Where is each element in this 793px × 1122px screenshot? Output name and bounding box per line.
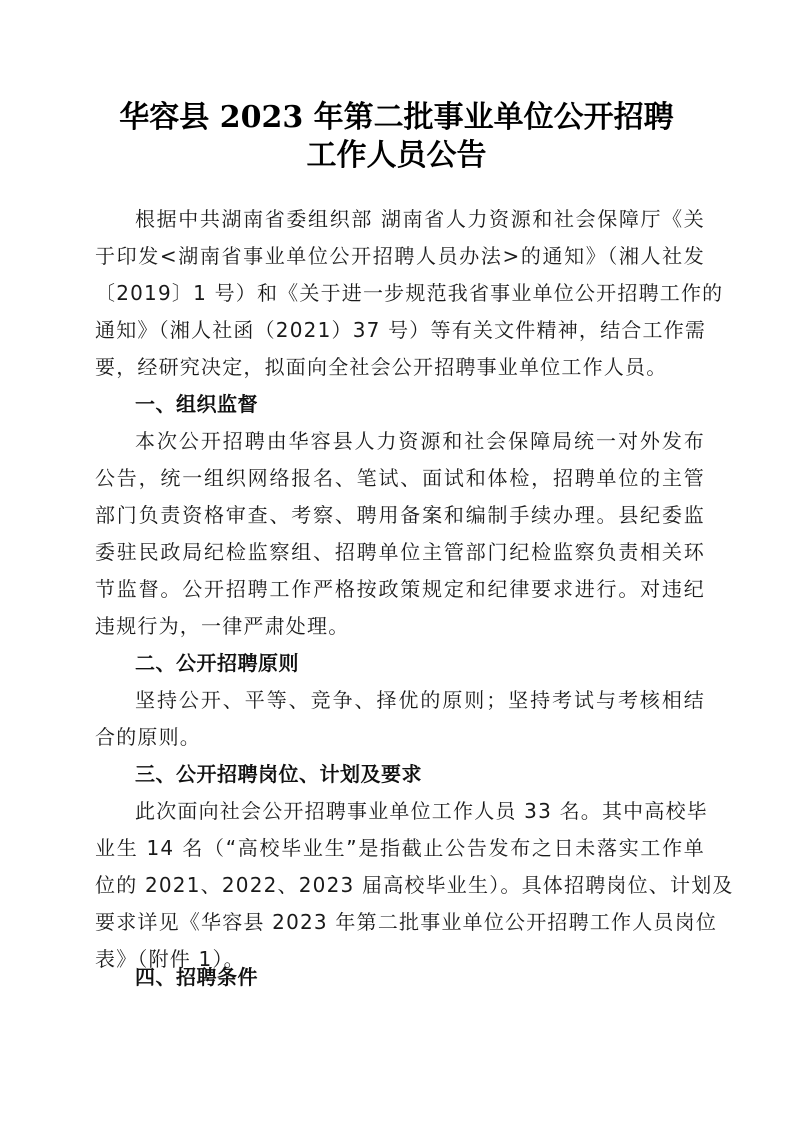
paragraph-line: 位的 2021、2022、2023 届高校毕业生）。具体招聘岗位、计划及	[95, 867, 705, 904]
paragraph-line: 要，经研究决定，拟面向全社会公开招聘事业单位工作人员。	[95, 349, 705, 386]
paragraph-line: 通知》（湘人社函（2021）37 号）等有关文件精神，结合工作需	[95, 312, 705, 349]
section-heading: 三、公开招聘岗位、计划及要求	[95, 756, 705, 793]
section-positions-plan-requirements: 三、公开招聘岗位、计划及要求 此次面向社会公开招聘事业单位工作人员 33 名。其…	[95, 756, 705, 978]
paragraph-line: 公告，统一组织网络报名、笔试、面试和体检，招聘单位的主管	[95, 460, 705, 497]
paragraph-line: 违规行为，一律严肃处理。	[95, 608, 705, 645]
paragraph-line: 委驻民政局纪检监察组、招聘单位主管部门纪检监察负责相关环	[95, 534, 705, 571]
section-heading: 一、组织监督	[95, 386, 705, 423]
paragraph-line: 要求详见《华容县 2023 年第二批事业单位公开招聘工作人员岗位	[95, 904, 705, 941]
paragraph-line: 节监督。公开招聘工作严格按政策规定和纪律要求进行。对违纪	[95, 571, 705, 608]
paragraph-line: 坚持公开、平等、竞争、择优的原则；坚持考试与考核相结	[95, 682, 705, 719]
section-recruitment-conditions: 四、招聘条件	[95, 959, 705, 996]
paragraph-line: 合的原则。	[95, 719, 705, 756]
paragraph-line: 部门负责资格审查、考察、聘用备案和编制手续办理。县纪委监	[95, 497, 705, 534]
paragraph-line: 本次公开招聘由华容县人力资源和社会保障局统一对外发布	[95, 423, 705, 460]
section-heading: 二、公开招聘原则	[95, 645, 705, 682]
section-heading: 四、招聘条件	[95, 959, 705, 996]
document-title-line-2: 工作人员公告	[0, 136, 793, 176]
section-organization-supervision: 一、组织监督 本次公开招聘由华容县人力资源和社会保障局统一对外发布 公告，统一组…	[95, 386, 705, 645]
document-title-line-1: 华容县 2023 年第二批事业单位公开招聘	[0, 98, 793, 138]
paragraph-line: 业生 14 名（“高校毕业生”是指截止公告发布之日未落实工作单	[95, 830, 705, 867]
intro-paragraph: 根据中共湖南省委组织部 湖南省人力资源和社会保障厅《关 于印发<湖南省事业单位公…	[95, 201, 705, 386]
section-recruitment-principles: 二、公开招聘原则 坚持公开、平等、竞争、择优的原则；坚持考试与考核相结 合的原则…	[95, 645, 705, 756]
paragraph-line: 于印发<湖南省事业单位公开招聘人员办法>的通知》（湘人社发	[95, 238, 705, 275]
document-page: 华容县 2023 年第二批事业单位公开招聘 工作人员公告 根据中共湖南省委组织部…	[0, 0, 793, 1122]
paragraph-line: 〔2019〕1 号）和《关于进一步规范我省事业单位公开招聘工作的	[95, 275, 705, 312]
paragraph-line: 根据中共湖南省委组织部 湖南省人力资源和社会保障厅《关	[95, 201, 705, 238]
paragraph-line: 此次面向社会公开招聘事业单位工作人员 33 名。其中高校毕	[95, 793, 705, 830]
